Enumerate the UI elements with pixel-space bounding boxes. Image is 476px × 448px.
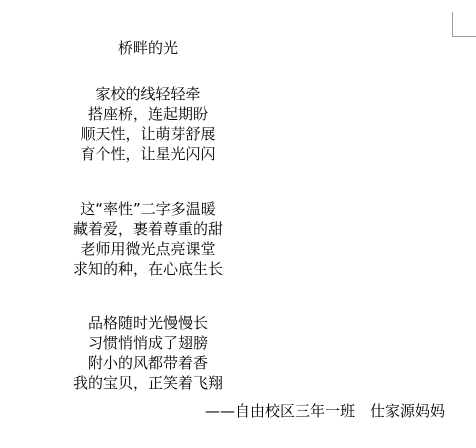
poem-line: 附小的风都带着香 [0, 353, 296, 373]
poem-line: 藏着爱，裹着尊重的甜 [0, 219, 296, 239]
poem-line: 我的宝贝，正笑着飞翔 [0, 373, 296, 393]
poem-signature: ——自由校区三年一班 仕家源妈妈 [205, 401, 445, 421]
poem-line: 品格随时光慢慢长 [0, 313, 296, 333]
poem-line: 这“率性”二字多温暖 [0, 199, 296, 219]
stanza-3: 品格随时光慢慢长 习惯悄悄成了翅膀 附小的风都带着香 我的宝贝，正笑着飞翔 [0, 313, 296, 393]
poem-line: 老师用微光点亮课堂 [0, 239, 296, 259]
poem-line: 搭座桥，连起期盼 [0, 104, 296, 124]
poem-line: 习惯悄悄成了翅膀 [0, 333, 296, 353]
poem-title: 桥畔的光 [0, 38, 296, 58]
poem-line: 育个性，让星光闪闪 [0, 144, 296, 164]
poem-line: 求知的种，在心底生长 [0, 259, 296, 279]
stanza-2: 这“率性”二字多温暖 藏着爱，裹着尊重的甜 老师用微光点亮课堂 求知的种，在心底… [0, 199, 296, 279]
page-corner-margin-mark [452, 12, 476, 37]
poem-line: 顺天性，让萌芽舒展 [0, 124, 296, 144]
stanza-1: 家校的线轻轻牵 搭座桥，连起期盼 顺天性，让萌芽舒展 育个性，让星光闪闪 [0, 84, 296, 164]
document-page: 桥畔的光 家校的线轻轻牵 搭座桥，连起期盼 顺天性，让萌芽舒展 育个性，让星光闪… [0, 0, 476, 448]
poem-line: 家校的线轻轻牵 [0, 84, 296, 104]
